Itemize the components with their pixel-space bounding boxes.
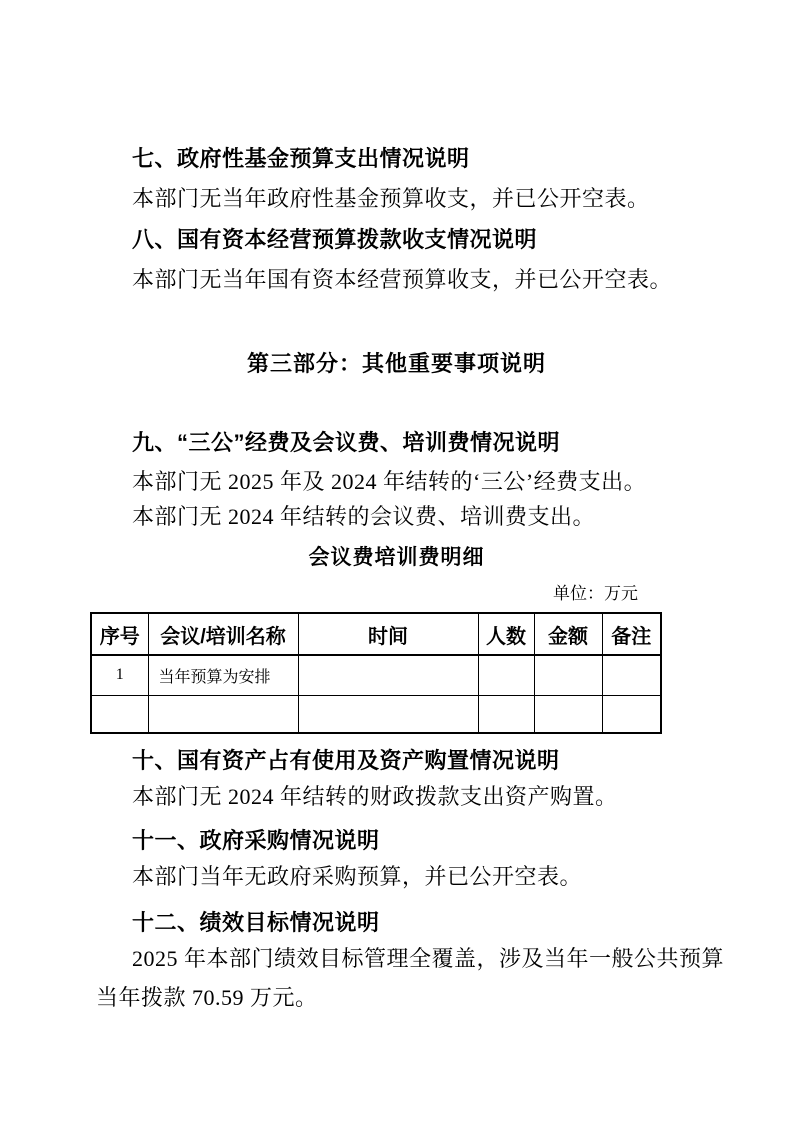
cell-meeting-training-name: [148, 695, 298, 733]
cell-time: [298, 695, 478, 733]
section-12-paragraph-line-2: 当年拨款 70.59 万元。: [96, 985, 318, 1010]
table-unit-label: 单位：万元: [90, 584, 638, 604]
section-7-heading: 七、政府性基金预算支出情况说明: [132, 147, 470, 171]
header-remarks: 备注: [602, 613, 661, 655]
document-page: 七、政府性基金预算支出情况说明 本部门无当年政府性基金预算收支，并已公开空表。 …: [0, 0, 793, 1122]
cell-people-count: [478, 695, 534, 733]
cell-amount: [534, 655, 602, 695]
section-10-paragraph: 本部门无 2024 年结转的财政拨款支出资产购置。: [132, 784, 618, 809]
cell-remarks: [602, 695, 661, 733]
section-9-paragraph-2: 本部门无 2024 年结转的会议费、培训费支出。: [132, 504, 595, 529]
cell-remarks: [602, 655, 661, 695]
section-11-heading: 十一、政府采购情况说明: [132, 829, 380, 853]
cell-amount: [534, 695, 602, 733]
section-9-heading: 九、“三公”经费及会议费、培训费情况说明: [132, 431, 560, 455]
section-9-paragraph-1: 本部门无 2025 年及 2024 年结转的‘三公’经费支出。: [132, 469, 646, 494]
table-row: [91, 695, 661, 733]
meeting-training-fee-table: 序号 会议/培训名称 时间 人数 金额 备注 1 当年预算为安排: [90, 612, 662, 734]
section-12-paragraph-line-1: 2025 年本部门绩效目标管理全覆盖，涉及当年一般公共预算: [132, 946, 724, 971]
section-7-paragraph: 本部门无当年政府性基金预算收支，并已公开空表。: [132, 186, 650, 211]
fee-table-title: 会议费培训费明细: [0, 546, 793, 570]
cell-people-count: [478, 655, 534, 695]
section-10-heading: 十、国有资产占有使用及资产购置情况说明: [132, 749, 560, 773]
cell-time: [298, 655, 478, 695]
section-12-heading: 十二、绩效目标情况说明: [132, 911, 380, 935]
part-3-title: 第三部分：其他重要事项说明: [0, 352, 793, 376]
header-serial-number: 序号: [91, 613, 148, 655]
header-meeting-training-name: 会议/培训名称: [148, 613, 298, 655]
cell-meeting-training-name: 当年预算为安排: [148, 655, 298, 695]
section-11-paragraph: 本部门当年无政府采购预算，并已公开空表。: [132, 864, 582, 889]
section-8-heading: 八、国有资本经营预算拨款收支情况说明: [132, 228, 537, 252]
header-time: 时间: [298, 613, 478, 655]
header-people-count: 人数: [478, 613, 534, 655]
table-header-row: 序号 会议/培训名称 时间 人数 金额 备注: [91, 613, 661, 655]
table-row: 1 当年预算为安排: [91, 655, 661, 695]
cell-serial-number: [91, 695, 148, 733]
header-amount: 金额: [534, 613, 602, 655]
section-8-paragraph: 本部门无当年国有资本经营预算收支，并已公开空表。: [132, 267, 672, 292]
cell-serial-number: 1: [91, 655, 148, 695]
